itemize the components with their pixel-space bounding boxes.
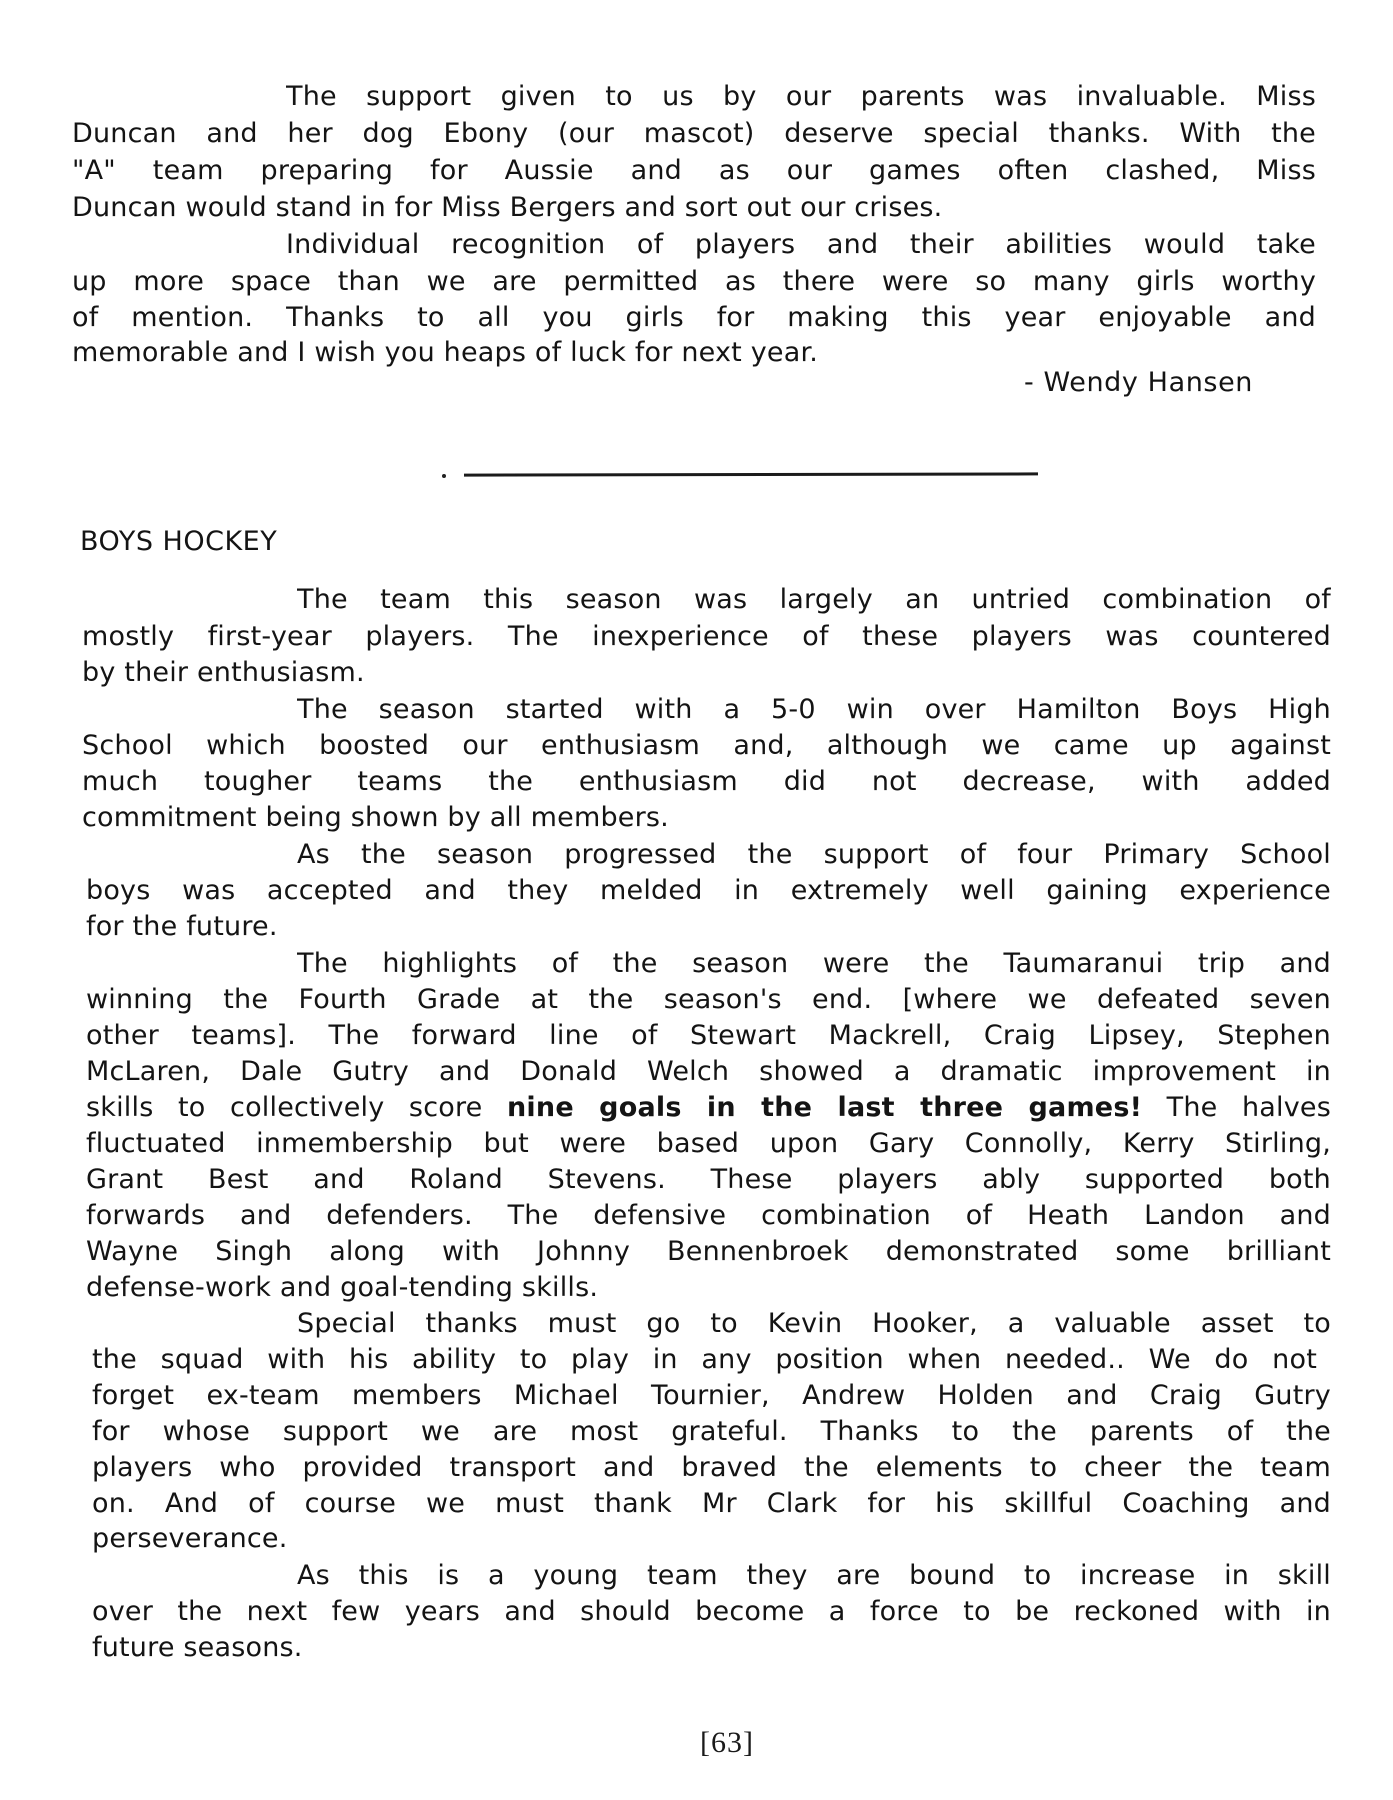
text-line: up more space than we are permitted as t…: [72, 264, 1316, 300]
text-line: forwards and defenders. The defensive co…: [86, 1198, 1331, 1234]
text-run: skills to collectively score: [86, 1092, 507, 1123]
text-line: over the next few years and should becom…: [92, 1594, 1331, 1630]
text-line: Grant Best and Roland Stevens. These pla…: [86, 1162, 1331, 1198]
text-line: mostly first-year players. The inexperie…: [82, 619, 1331, 655]
text-line: The team this season was largely an untr…: [297, 582, 1331, 618]
section-divider: [464, 472, 1038, 476]
text-line: other teams]. The forward line of Stewar…: [86, 1018, 1331, 1054]
text-run: The halves: [1142, 1092, 1331, 1123]
document-page: The support given to us by our parents w…: [0, 0, 1393, 1800]
text-line: for whose support we are most grateful. …: [92, 1414, 1331, 1450]
divider-dot: [442, 474, 446, 478]
text-line: the squad with his ability to play in an…: [92, 1342, 1317, 1378]
text-line: The season started with a 5-0 win over H…: [297, 692, 1331, 728]
text-line: much tougher teams the enthusiasm did no…: [82, 764, 1331, 800]
text-line: "A" team preparing for Aussie and as our…: [72, 153, 1316, 189]
text-line: Individual recognition of players and th…: [286, 227, 1316, 263]
text-line: of mention. Thanks to all you girls for …: [72, 300, 1316, 336]
text-line: perseverance.: [92, 1521, 288, 1557]
text-line: Duncan and her dog Ebony (our mascot) de…: [72, 116, 1316, 152]
text-line: Wayne Singh along with Johnny Bennenbroe…: [86, 1234, 1331, 1270]
text-line: McLaren, Dale Gutry and Donald Welch sho…: [86, 1054, 1331, 1090]
text-line: commitment being shown by all members.: [82, 800, 669, 836]
text-line: on. And of course we must thank Mr Clark…: [92, 1486, 1331, 1522]
text-line: for the future.: [86, 909, 278, 945]
text-line: fluctuated inmembership but were based u…: [86, 1126, 1331, 1162]
text-line: Duncan would stand in for Miss Bergers a…: [72, 190, 942, 226]
text-line: Special thanks must go to Kevin Hooker, …: [297, 1306, 1331, 1342]
text-line: The support given to us by our parents w…: [286, 79, 1316, 115]
page-number: [63]: [700, 1726, 754, 1760]
text-line: forget ex-team members Michael Tournier,…: [92, 1378, 1331, 1414]
text-line: future seasons.: [92, 1630, 303, 1666]
text-line: winning the Fourth Grade at the season's…: [86, 982, 1331, 1018]
signature: - Wendy Hansen: [1024, 367, 1253, 398]
emphasis-text: nine goals in the last three games!: [507, 1092, 1142, 1123]
text-line: by their enthusiasm.: [82, 655, 365, 691]
text-line: boys was accepted and they melded in ext…: [86, 873, 1331, 909]
text-line: The highlights of the season were the Ta…: [297, 946, 1331, 982]
text-line: memorable and I wish you heaps of luck f…: [72, 335, 818, 371]
text-line: As this is a young team they are bound t…: [297, 1558, 1331, 1594]
section-heading: BOYS HOCKEY: [80, 526, 277, 557]
text-line: School which boosted our enthusiasm and,…: [82, 728, 1331, 764]
text-line: defense-work and goal-tending skills.: [86, 1270, 598, 1306]
text-line-with-bold: skills to collectively score nine goals …: [86, 1090, 1331, 1126]
text-line: As the season progressed the support of …: [297, 837, 1331, 873]
text-line: players who provided transport and brave…: [92, 1450, 1331, 1486]
